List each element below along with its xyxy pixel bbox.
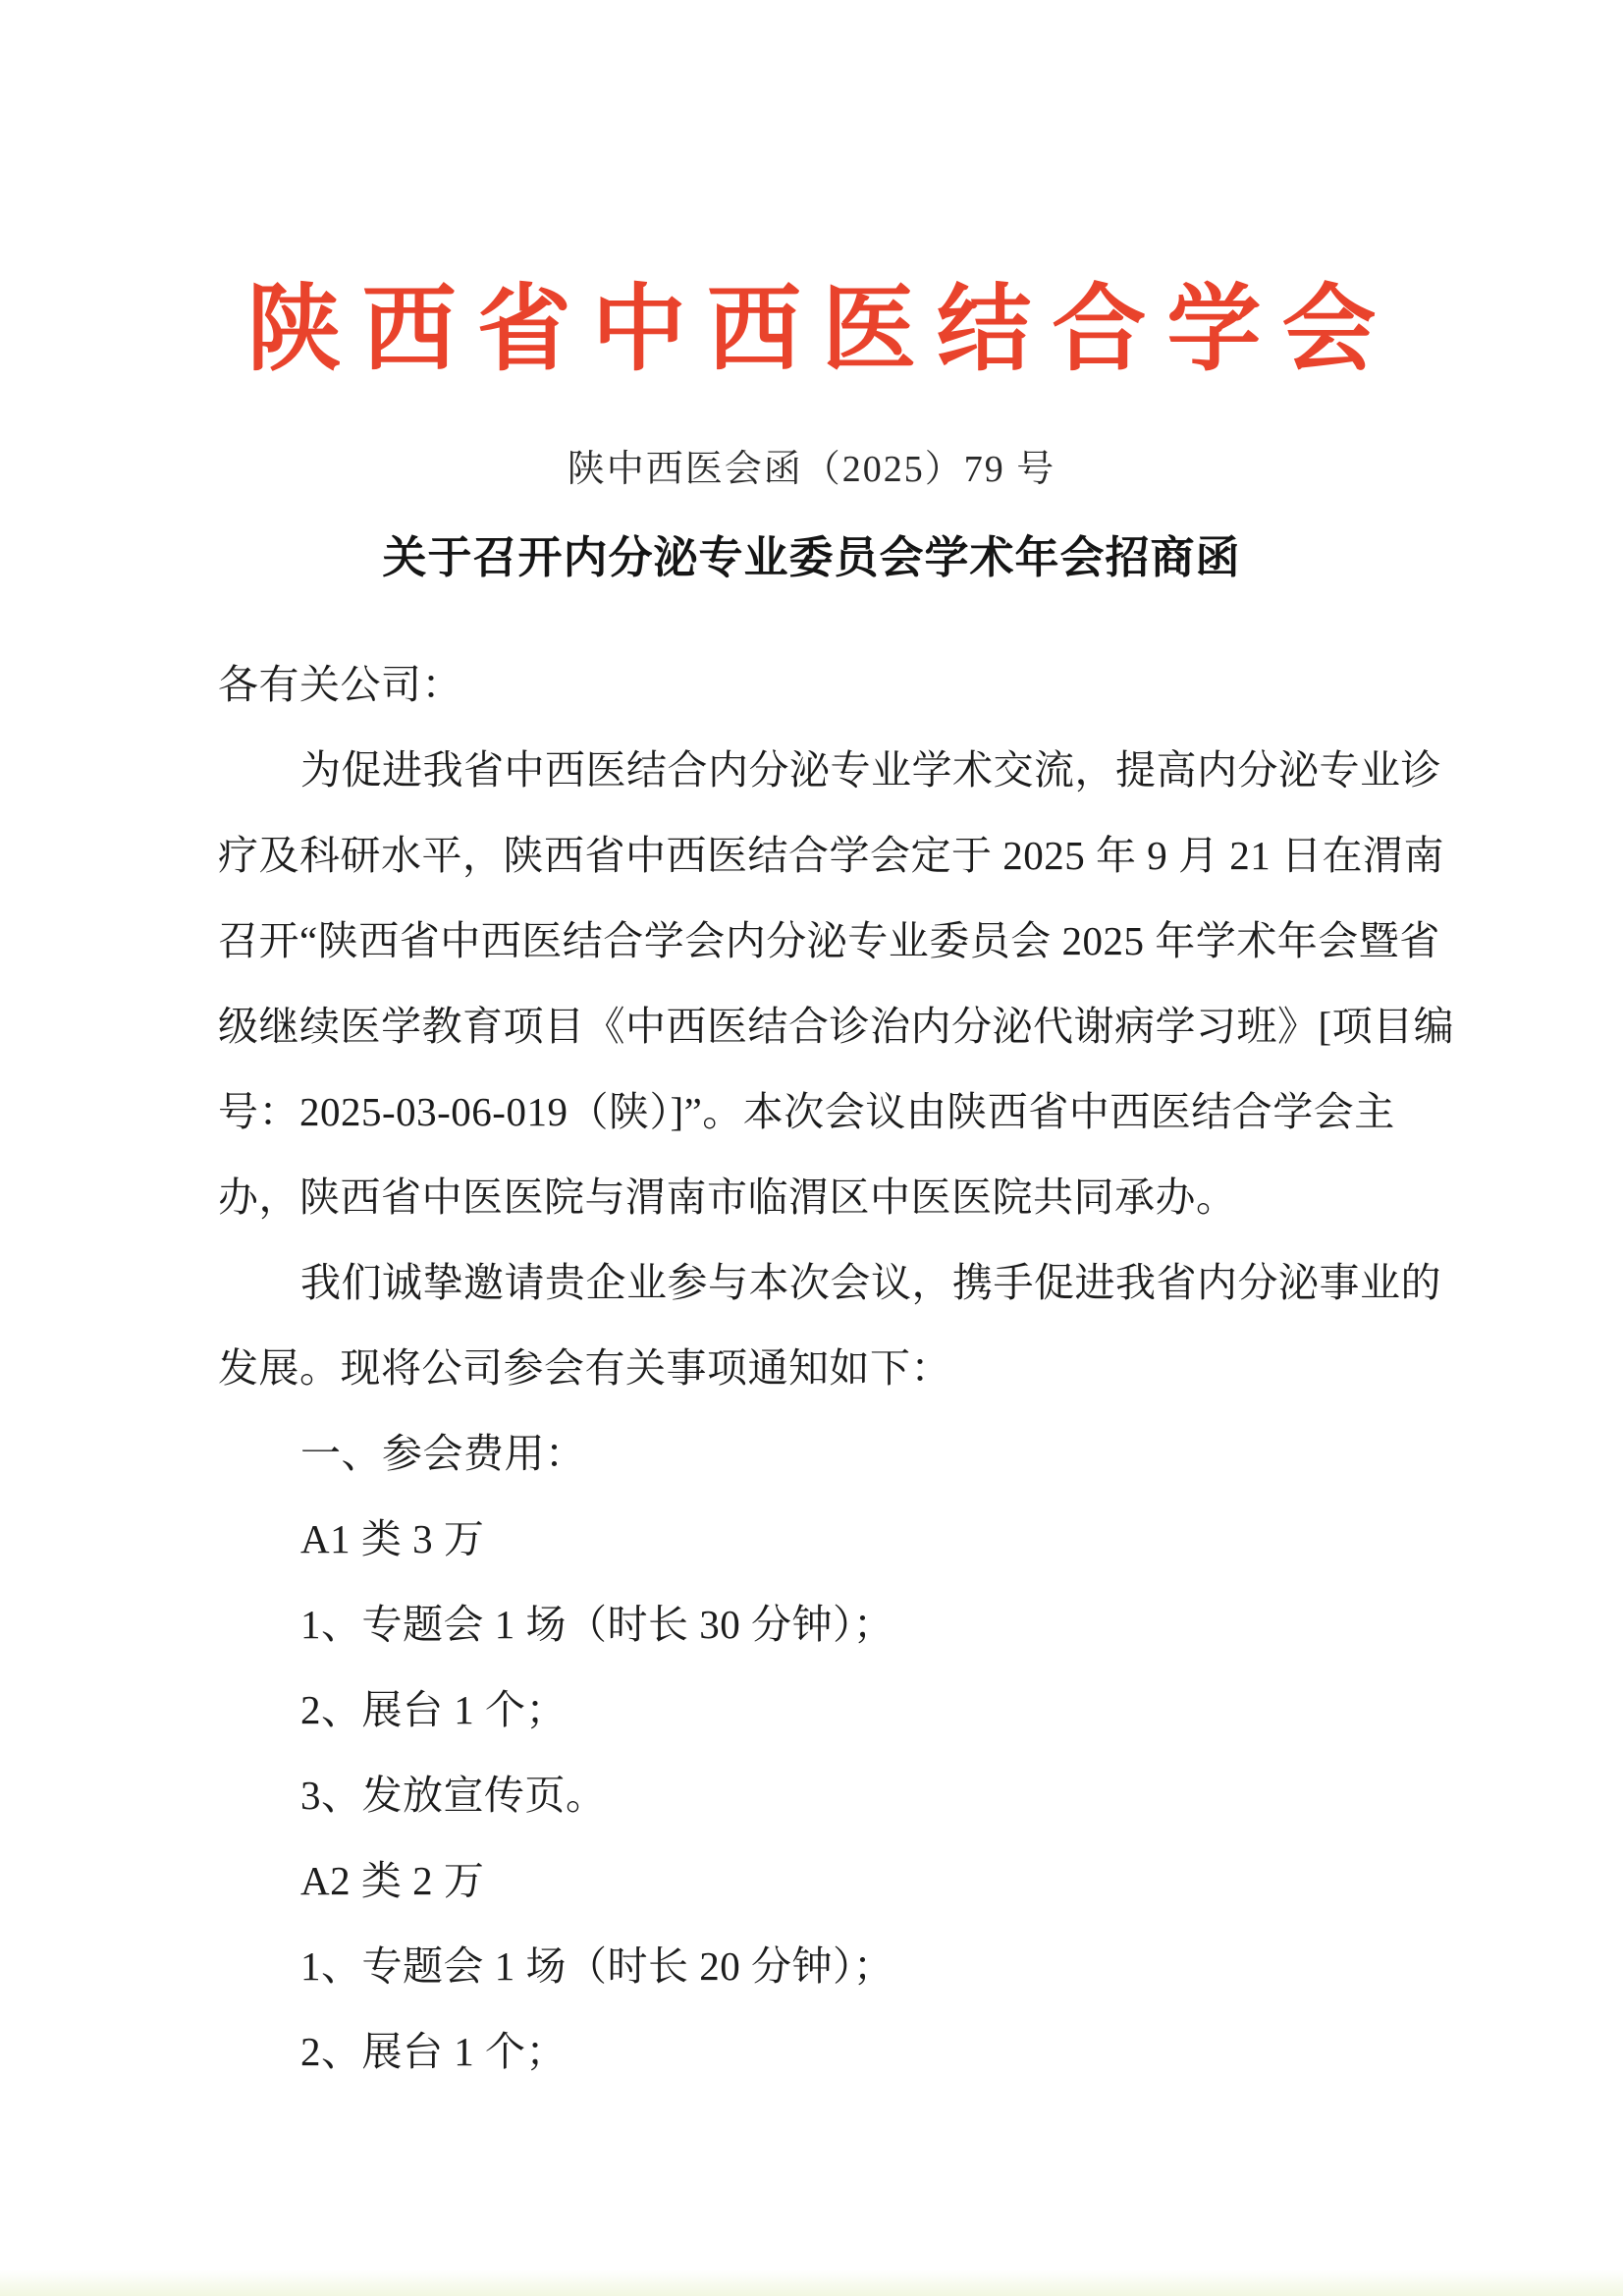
body-line: 2、展台 1 个；	[218, 2009, 1421, 2095]
body-line: 号：2025-03-06-019（陕）]”。本次会议由陕西省中西医结合学会主	[218, 1069, 1421, 1155]
document-body: 各有关公司： 为促进我省中西医结合内分泌专业学术交流，提高内分泌专业诊 疗及科研…	[218, 642, 1421, 2095]
body-line: 我们诚挚邀请贵企业参与本次会议，携手促进我省内分泌事业的	[218, 1240, 1421, 1326]
body-line-text: 发展。现将公司参会有关事项通知如下：	[218, 1345, 951, 1391]
body-line-text: 号：2025-03-06-019（陕）]”。本次会议由陕西省中西医结合学会主	[218, 1089, 1395, 1134]
body-line-text: 3、发放宣传页。	[300, 1773, 607, 1818]
body-line-text: 2、展台 1 个；	[300, 2029, 567, 2074]
body-line: 1、专题会 1 场（时长 30 分钟）；	[218, 1582, 1421, 1667]
body-line: A1 类 3 万	[218, 1497, 1421, 1582]
body-line: A2 类 2 万	[218, 1838, 1421, 1924]
body-line-text: 2、展台 1 个；	[300, 1687, 567, 1732]
body-line-text: A1 类 3 万	[300, 1516, 484, 1561]
body-line-text: 一、参会费用：	[300, 1431, 586, 1476]
body-line: 召开“陕西省中西医结合学会内分泌专业委员会 2025 年学术年会暨省	[218, 899, 1421, 984]
body-line-text: 级继续医学教育项目《中西医结合诊治内分泌代谢病学习班》[项目编	[218, 1004, 1454, 1049]
letterhead: 陕西省中西医结合学会	[0, 0, 1623, 377]
body-line-text: 疗及科研水平，陕西省中西医结合学会定于 2025 年 9 月 21 日在渭南	[218, 833, 1444, 878]
body-line-text: 办，陕西省中医医院与渭南市临渭区中医医院共同承办。	[218, 1175, 1237, 1220]
body-line-text: 为促进我省中西医结合内分泌专业学术交流，提高内分泌专业诊	[300, 747, 1441, 793]
body-line-text: 1、专题会 1 场（时长 30 分钟）；	[300, 1602, 894, 1647]
body-line-text: 召开“陕西省中西医结合学会内分泌专业委员会 2025 年学术年会暨省	[218, 918, 1440, 963]
salutation: 各有关公司：	[218, 642, 1421, 728]
body-line: 1、专题会 1 场（时长 20 分钟）；	[218, 1924, 1421, 2009]
body-line: 3、发放宣传页。	[218, 1753, 1421, 1838]
body-line: 办，陕西省中医医院与渭南市临渭区中医医院共同承办。	[218, 1155, 1421, 1240]
body-line: 为促进我省中西医结合内分泌专业学术交流，提高内分泌专业诊	[218, 728, 1421, 813]
body-line: 疗及科研水平，陕西省中西医结合学会定于 2025 年 9 月 21 日在渭南	[218, 813, 1421, 899]
body-line-text: 我们诚挚邀请贵企业参与本次会议，携手促进我省内分泌事业的	[300, 1260, 1441, 1305]
body-line: 发展。现将公司参会有关事项通知如下：	[218, 1326, 1421, 1411]
body-line: 2、展台 1 个；	[218, 1667, 1421, 1753]
letterhead-title: 陕西省中西医结合学会	[246, 277, 1396, 382]
document-number: 陕中西医会函（2025）79 号	[0, 446, 1623, 494]
body-line: 一、参会费用：	[218, 1411, 1421, 1497]
body-line-text: A2 类 2 万	[300, 1858, 484, 1903]
body-line-text: 1、专题会 1 场（时长 20 分钟）；	[300, 1943, 894, 1989]
body-line: 级继续医学教育项目《中西医结合诊治内分泌代谢病学习班》[项目编	[218, 984, 1421, 1069]
document-title: 关于召开内分泌专业委员会学术年会招商函	[0, 531, 1623, 584]
scanned-letter-page: 陕西省中西医结合学会 陕中西医会函（2025）79 号 关于召开内分泌专业委员会…	[0, 0, 1623, 2296]
